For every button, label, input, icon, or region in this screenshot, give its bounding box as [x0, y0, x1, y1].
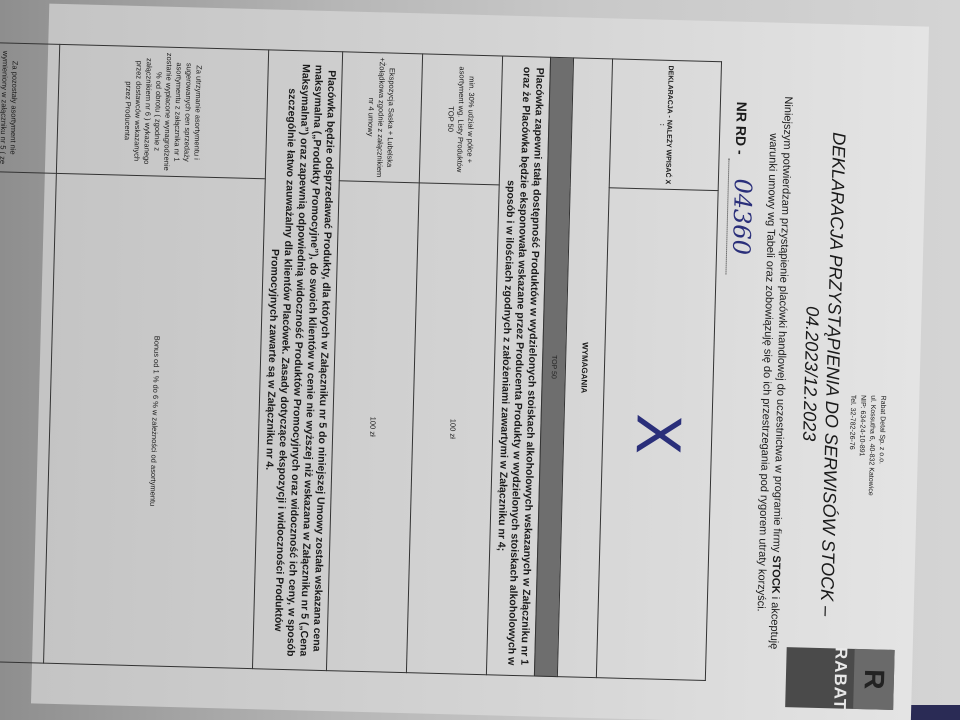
rabat-logo-text: RABAT [829, 647, 851, 711]
row-label: Ekspozycja Saska + Lubelska +Żołądkowa z… [339, 52, 422, 183]
declaration-row: DEKLARACJA - NALEŻY WPISAĆ X : X [596, 59, 721, 681]
nr-rd-handwritten-value: 04360 [725, 158, 757, 275]
handwritten-x-mark: X [622, 413, 693, 456]
bonus-value: Bonus od 1 % do 6 % w zależności od asor… [44, 173, 266, 668]
rabat-logo-mark-icon: R [853, 649, 895, 710]
table-row: Ekspozycja Saska + Lubelska +Żołądkowa z… [326, 52, 422, 673]
row-label: min. 30% udział w półce + asortyment wg.… [419, 54, 502, 185]
bonus-label: Za utrzymanie asortymentu i sugerowanych… [56, 44, 268, 178]
intro-paragraph: Niniejszym potwierdzam przystąpienie pla… [753, 92, 796, 653]
declaration-label: DEKLARACJA - NALEŻY WPISAĆ X : [609, 59, 721, 191]
intro-brand: STOCK [769, 555, 782, 594]
row-value: 100 zł [326, 181, 419, 673]
rest-label: Za pozostały asortyment nie wymieniony w… [0, 41, 60, 174]
bonus-row: Za utrzymanie asortymentu i sugerowanych… [44, 44, 269, 668]
table-row: min. 30% udział w półce + asortyment wg.… [406, 54, 502, 675]
row-value: 100 zł [406, 183, 499, 675]
rabat-logo: R RABAT [785, 647, 895, 710]
company-header: Rabat Detal Sp. z o.o. ul. Kossutha 6, 4… [840, 395, 888, 686]
nr-rd-label: NR RD - [733, 102, 750, 155]
requirements-table: DEKLARACJA - NALEŻY WPISAĆ X : X WYMAGAN… [0, 40, 722, 681]
declaration-document: R RABAT Rabat Detal Sp. z o.o. ul. Kossu… [31, 4, 929, 720]
nr-rd-field: NR RD - 04360 [716, 101, 759, 682]
declaration-mark-cell: X [596, 188, 718, 681]
